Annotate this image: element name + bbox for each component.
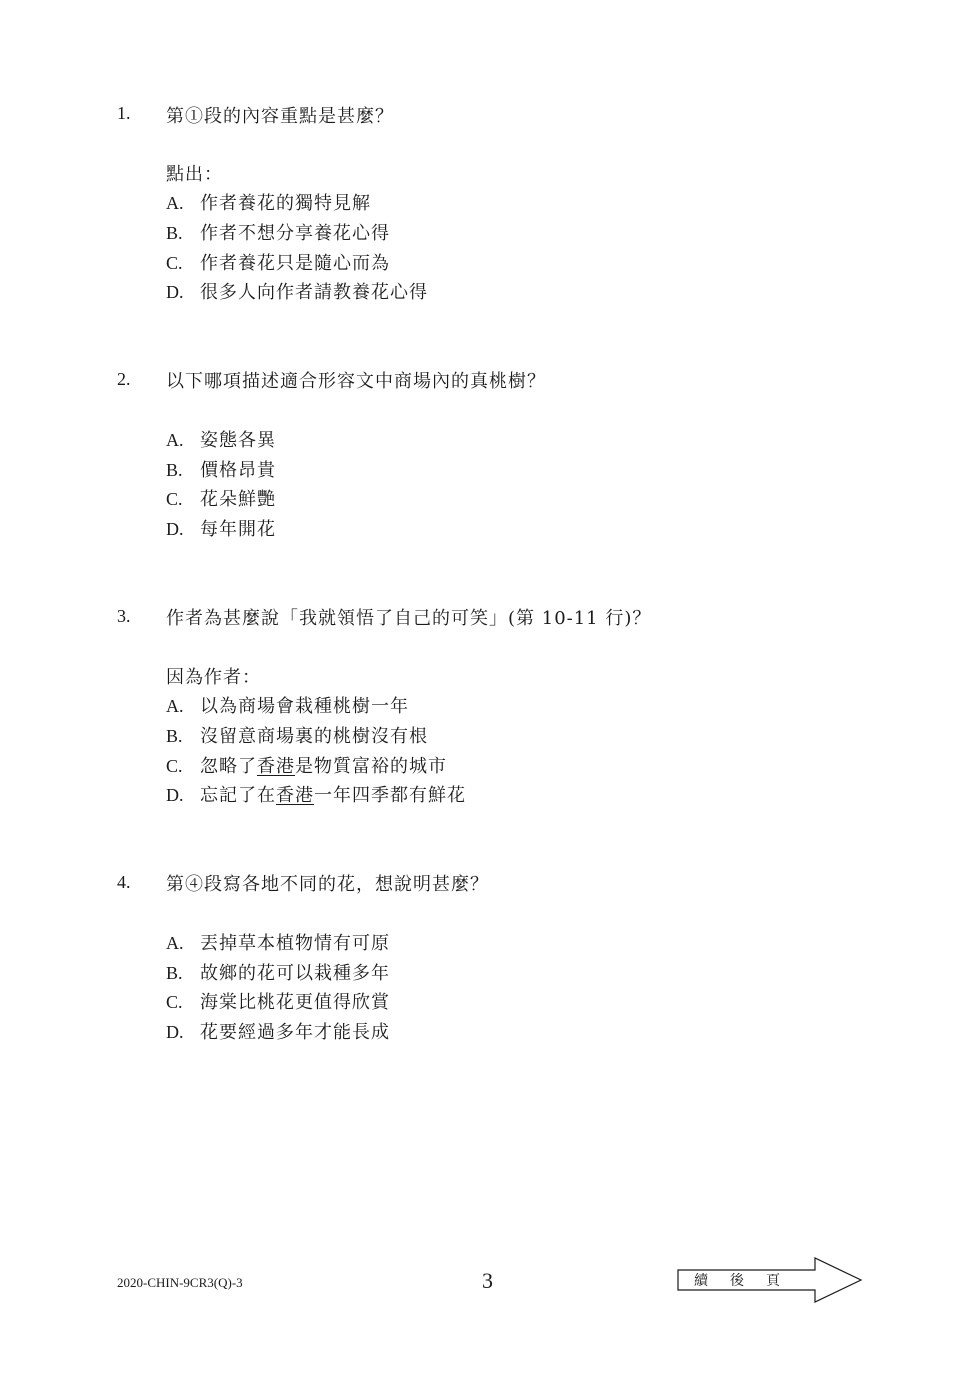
option-d: D.忘記了在香港一年四季都有鮮花 [166,781,466,807]
page-number: 3 [482,1268,493,1294]
option-a: A.丟掉草本植物情有可原 [166,929,390,955]
question-lead: 點出： [166,160,223,186]
question-text: 第①段的內容重點是甚麼？ [166,102,394,128]
option-b: B.故鄉的花可以栽種多年 [166,959,390,985]
question-number: 2. [117,369,131,390]
question-text: 作者為甚麼說「我就領悟了自己的可笑」(第 10-11 行)？ [166,604,651,630]
option-a: A.以為商場會栽種桃樹一年 [166,692,409,718]
option-c: C.海棠比桃花更值得欣賞 [166,988,390,1014]
question-number: 4. [117,872,131,893]
option-b: B.沒留意商場裏的桃樹沒有根 [166,722,428,748]
underlined-place-name: 香港 [276,785,314,806]
underlined-place-name: 香港 [257,756,295,777]
option-d: D.花要經過多年才能長成 [166,1018,390,1044]
option-d: D.每年開花 [166,515,276,541]
question-lead: 因為作者： [166,663,261,689]
option-c: C.忽略了香港是物質富裕的城市 [166,752,447,778]
option-b: B.價格昂貴 [166,456,276,482]
question-number: 1. [117,103,131,124]
option-c: C.花朵鮮艷 [166,485,276,511]
question-number: 3. [117,606,131,627]
option-d: D.很多人向作者請教養花心得 [166,278,428,304]
continue-label: 續後頁 [694,1270,802,1290]
question-text: 以下哪項描述適合形容文中商場內的真桃樹？ [166,367,546,393]
option-b: B.作者不想分享養花心得 [166,219,390,245]
paper-code: 2020-CHIN-9CR3(Q)-3 [117,1275,243,1291]
question-text: 第④段寫各地不同的花，想說明甚麼？ [166,870,489,896]
option-c: C.作者養花只是隨心而為 [166,249,390,275]
option-a: A.作者養花的獨特見解 [166,189,371,215]
option-a: A.姿態各異 [166,426,276,452]
